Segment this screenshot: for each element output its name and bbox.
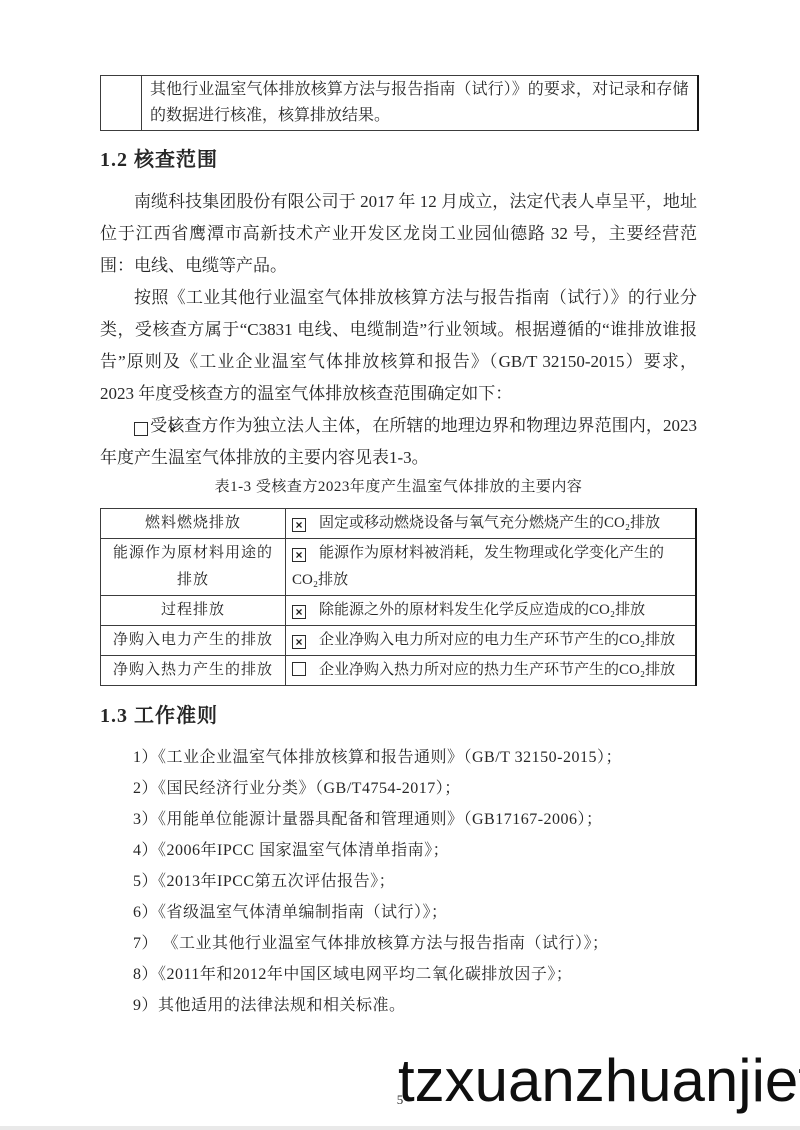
page-content: 其他行业温室气体排放核算方法与报告指南（试行）》的要求，对记录和存储的数据进行核…	[100, 0, 697, 1021]
list-item: 5）《2013年IPCC第五次评估报告》；	[133, 866, 697, 897]
checkbox-checked-icon: ×	[134, 422, 148, 436]
criteria-list: 1）《工业企业温室气体排放核算和报告通则》（GB/T 32150-2015）； …	[100, 742, 697, 1021]
emission-desc-cell: ×企业净购入电力所对应的电力生产环节产生的CO₂排放	[286, 626, 697, 656]
emission-desc: 能源作为原材料被消耗，发生物理或化学变化产生的CO₂排放	[292, 545, 664, 588]
continuation-table: 其他行业温室气体排放核算方法与报告指南（试行）》的要求，对记录和存储的数据进行核…	[100, 75, 699, 131]
paragraph-company-info: 南缆科技集团股份有限公司于 2017 年 12 月成立，法定代表人卓呈平，地址位…	[100, 186, 697, 282]
document-page: { "colors": { "text": "#262626", "border…	[0, 0, 800, 1130]
emission-type-label: 净购入热力产生的排放	[101, 656, 286, 686]
emission-desc: 企业净购入电力所对应的电力生产环节产生的CO₂排放	[319, 632, 675, 648]
list-item: 3）《用能单位能源计量器具配备和管理通则》（GB17167-2006）；	[133, 804, 697, 835]
table-1-3: 燃料燃烧排放 ×固定或移动燃烧设备与氧气充分燃烧产生的CO₂排放 能源作为原材料…	[100, 508, 697, 686]
table-row: 其他行业温室气体排放核算方法与报告指南（试行）》的要求，对记录和存储的数据进行核…	[101, 76, 698, 131]
checkbox-checked-icon: ×	[292, 635, 306, 649]
boundary-statement-text: 受核查方作为独立法人主体，在所辖的地理边界和物理边界范围内，2023年度产生温室…	[100, 416, 697, 467]
page-number: 5	[0, 1092, 800, 1108]
emission-desc-cell: 企业净购入热力所对应的热力生产环节产生的CO₂排放	[286, 656, 697, 686]
emission-desc: 除能源之外的原材料发生化学反应造成的CO₂排放	[319, 602, 645, 618]
list-item: 2）《国民经济行业分类》（GB/T4754-2017）；	[133, 773, 697, 804]
emission-desc-cell: ×能源作为原材料被消耗，发生物理或化学变化产生的CO₂排放	[286, 539, 697, 596]
paragraph-industry-classification: 按照《工业其他行业温室气体排放核算方法与报告指南（试行）》的行业分类，受核查方属…	[100, 282, 697, 410]
emission-desc: 固定或移动燃烧设备与氧气充分燃烧产生的CO₂排放	[319, 515, 660, 531]
table-1-3-caption: 表1-3 受核查方2023年度产生温室气体排放的主要内容	[100, 476, 697, 498]
list-item: 9）其他适用的法律法规和相关标准。	[133, 990, 697, 1021]
list-item: 1）《工业企业温室气体排放核算和报告通则》（GB/T 32150-2015）；	[133, 742, 697, 773]
emission-type-label: 净购入电力产生的排放	[101, 626, 286, 656]
list-item: 7） 《工业其他行业温室气体排放核算方法与报告指南（试行）》；	[133, 928, 697, 959]
emission-desc-cell: ×除能源之外的原材料发生化学反应造成的CO₂排放	[286, 596, 697, 626]
table-row: 净购入电力产生的排放 ×企业净购入电力所对应的电力生产环节产生的CO₂排放	[101, 626, 697, 656]
list-item: 8）《2011年和2012年中国区域电网平均二氧化碳排放因子》；	[133, 959, 697, 990]
list-item: 6）《省级温室气体清单编制指南（试行）》；	[133, 897, 697, 928]
checkbox-checked-icon: ×	[292, 605, 306, 619]
table-row: 能源作为原材料用途的排放 ×能源作为原材料被消耗，发生物理或化学变化产生的CO₂…	[101, 539, 697, 596]
emission-desc-cell: ×固定或移动燃烧设备与氧气充分燃烧产生的CO₂排放	[286, 509, 697, 539]
checkbox-checked-icon: ×	[292, 518, 306, 532]
emission-type-label: 能源作为原材料用途的排放	[101, 539, 286, 596]
checkbox-checked-icon: ×	[292, 548, 306, 562]
table-row: 净购入热力产生的排放 企业净购入热力所对应的热力生产环节产生的CO₂排放	[101, 656, 697, 686]
emission-type-label: 过程排放	[101, 596, 286, 626]
continuation-table-text: 其他行业温室气体排放核算方法与报告指南（试行）》的要求，对记录和存储的数据进行核…	[142, 76, 698, 131]
paragraph-boundary-statement: ×受核查方作为独立法人主体，在所辖的地理边界和物理边界范围内，2023年度产生温…	[100, 410, 697, 474]
table-row: 过程排放 ×除能源之外的原材料发生化学反应造成的CO₂排放	[101, 596, 697, 626]
page-bottom-edge	[0, 1126, 800, 1130]
checkbox-unchecked-icon	[292, 662, 306, 676]
emission-desc: 企业净购入热力所对应的热力生产环节产生的CO₂排放	[319, 662, 675, 678]
heading-1-3: 1.3 工作准则	[100, 704, 697, 728]
emission-type-label: 燃料燃烧排放	[101, 509, 286, 539]
table-row: 燃料燃烧排放 ×固定或移动燃烧设备与氧气充分燃烧产生的CO₂排放	[101, 509, 697, 539]
continuation-table-marker-cell	[101, 76, 142, 131]
list-item: 4）《2006年IPCC 国家温室气体清单指南》；	[133, 835, 697, 866]
heading-1-2: 1.2 核查范围	[100, 148, 697, 172]
